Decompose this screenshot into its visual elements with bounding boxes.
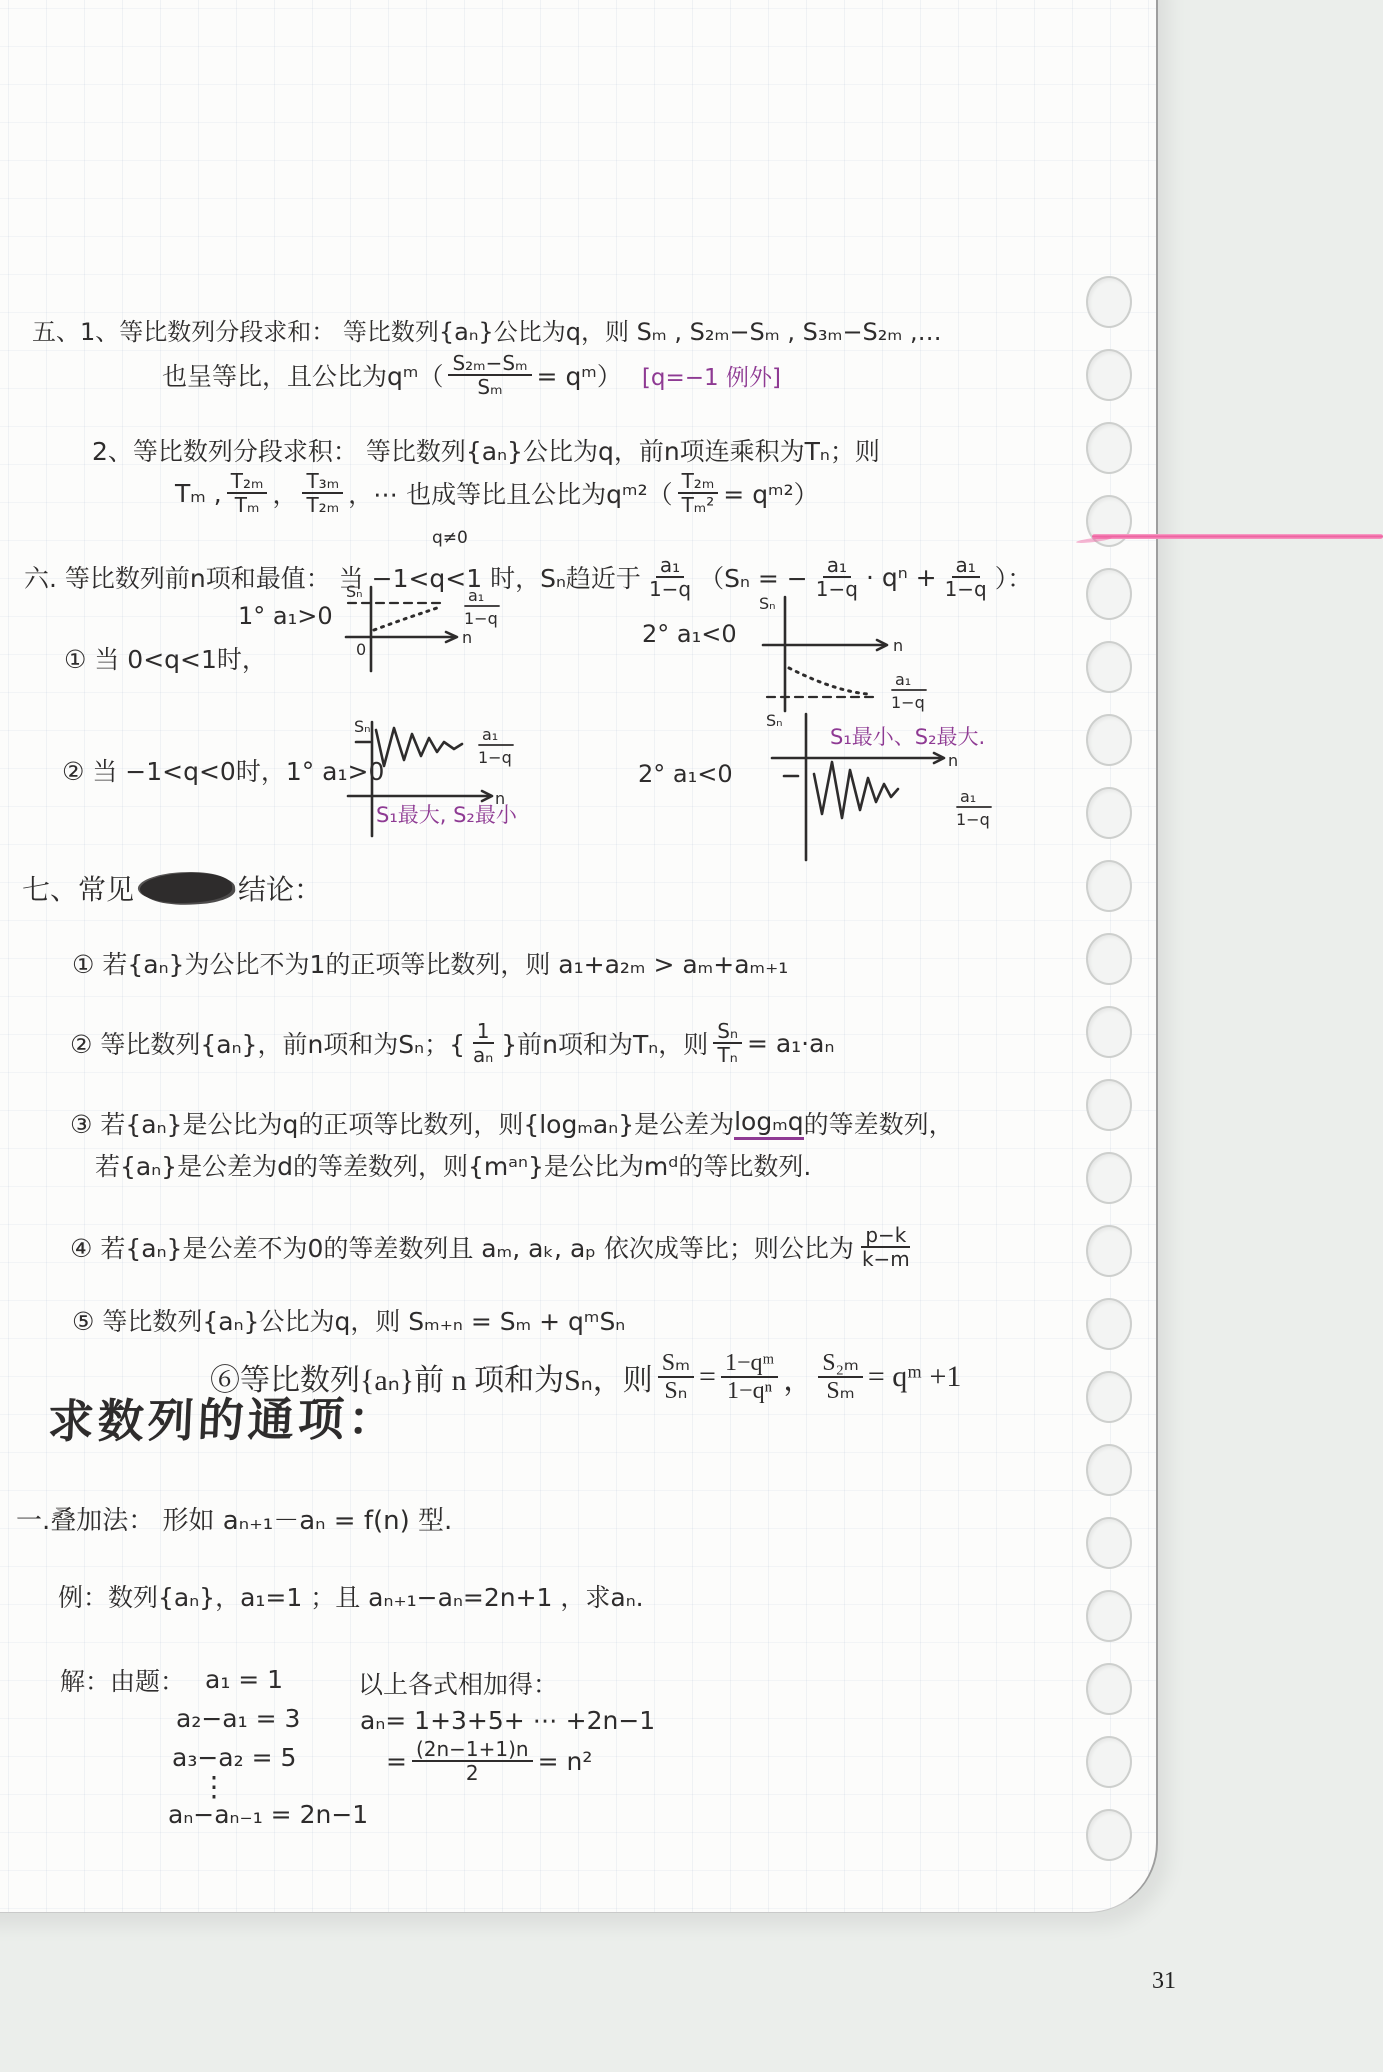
sec5-line4-mid: ，⋯ 也成等比且公比为qᵐ²（ xyxy=(348,475,672,511)
binding-hole xyxy=(1086,1298,1132,1350)
sec8-eq1: a₁ = 1 xyxy=(205,1665,283,1694)
fraction-numerator: T₂ₘ xyxy=(678,470,719,494)
binding-hole xyxy=(1086,641,1132,693)
sec7-item2-pre: ② 等比数列{aₙ}，前n项和为Sₙ；{ xyxy=(70,1025,465,1061)
fraction-1mqm-over-1mqn: 1−qᵐ 1−qⁿ xyxy=(721,1350,778,1405)
binding-hole xyxy=(1086,1371,1132,1423)
sn-axis-label: Sₙ xyxy=(354,717,371,736)
sec5-line3: 2、等比数列分段求积： 等比数列{aₙ}公比为q，前n项连乘积为Tₙ；则 xyxy=(92,432,880,468)
sec6-item2: ② 当 −1<q<0时，1° a₁>0 xyxy=(62,752,384,788)
fraction-t2m-over-tm2: T₂ₘ Tₘ² xyxy=(678,470,719,516)
sec7-item6-post: = qᵐ +1 xyxy=(868,1360,962,1394)
sec7-item1: ① 若{aₙ}为公比不为1的正项等比数列，则 a₁+a₂ₘ > aₘ+aₘ₊₁ xyxy=(72,945,788,981)
binding-hole xyxy=(1086,422,1132,474)
fraction-sn-over-tn: Sₙ Tₙ xyxy=(713,1020,742,1066)
sec7-item2: ② 等比数列{aₙ}，前n项和为Sₙ；{ 1 aₙ }前n项和为Tₙ，则 Sₙ … xyxy=(70,1020,834,1066)
limit-fraction-numerator: a₁ xyxy=(468,586,484,605)
fraction-denominator: 1−qⁿ xyxy=(724,1378,775,1404)
limit-fraction-numerator: a₁ xyxy=(960,787,976,806)
binding-hole xyxy=(1086,933,1132,985)
sec6-head-pre: 六. 等比数列前n项和最值： 当 −1<q<1 时，Sₙ趋近于 xyxy=(24,559,641,595)
sec8-head-text: 一.叠加法： 形如 aₙ₊₁－aₙ = f(n) 型. xyxy=(16,1500,452,1537)
sec7-item5-text: ⑤ 等比数列{aₙ}公比为q，则 Sₘ₊ₙ = Sₘ + qᵐSₙ xyxy=(72,1302,625,1338)
fraction-denominator: T₂ₘ xyxy=(303,494,342,516)
sec7-item3-pre: ③ 若{aₙ}是公比为q的正项等比数列，则{logₘaₙ}是公差为 xyxy=(70,1105,734,1141)
sn-zigzag-converging xyxy=(376,728,462,766)
sec6-head-mid: （Sₙ = − xyxy=(699,559,808,595)
sec8-solution-label: 解：由题： xyxy=(60,1662,185,1698)
sec7-item3-underlined-term: logₘq xyxy=(734,1107,804,1140)
fraction-denominator: Sₘ xyxy=(474,376,505,398)
limit-fraction-numerator: a₁ xyxy=(895,670,911,689)
fraction-numerator: S₂ₘ−Sₘ xyxy=(448,352,531,376)
binding-hole xyxy=(1086,1079,1132,1131)
fraction-numerator: p−k xyxy=(861,1224,910,1248)
sec8-head: 一.叠加法： 形如 aₙ₊₁－aₙ = f(n) 型. xyxy=(16,1500,452,1537)
sec6-item1-text: ① 当 0<q<1时， xyxy=(64,640,267,676)
binding-hole xyxy=(1086,349,1132,401)
graph-q-0to1-a1-negative: Sₙ n a₁ 1−q xyxy=(755,593,970,718)
sec7-head: 七、常见 结论： xyxy=(22,868,322,908)
binding-hole xyxy=(1086,1736,1132,1788)
sn-axis-label: Sₙ xyxy=(346,582,363,601)
sec6-case3-label: 2° a₁<0 xyxy=(638,760,733,788)
sec7-item1-text: ① 若{aₙ}为公比不为1的正项等比数列，则 a₁+a₂ₘ > aₘ+aₘ₊₁ xyxy=(72,945,788,981)
limit-fraction-numerator: a₁ xyxy=(482,725,498,744)
sn-curve-increasing xyxy=(374,607,440,630)
sec8-vdots: ⋮ xyxy=(200,1770,228,1803)
sec6-item1: ① 当 0<q<1时， xyxy=(64,640,267,676)
fraction-denominator: Sₘ xyxy=(823,1378,857,1404)
sn-curve-decreasing xyxy=(789,668,867,694)
sec8-sum-head: 以上各式相加得： xyxy=(358,1665,558,1701)
binding-hole xyxy=(1086,276,1132,328)
fraction-numerator: 1 xyxy=(473,1020,494,1044)
binding-hole xyxy=(1086,714,1132,766)
fraction-denominator: Tₙ xyxy=(715,1044,741,1066)
sec5-line2-post: = qᵐ） xyxy=(537,357,622,393)
fraction-numerator: a₁ xyxy=(952,554,980,578)
sec6-case1-label: 1° a₁>0 xyxy=(238,602,333,630)
sn-axis-label: Sₙ xyxy=(759,594,776,613)
fraction-numerator: Sₘ xyxy=(658,1350,694,1378)
fraction-a1-over-1mq: a₁ 1−q xyxy=(646,554,694,600)
binding-hole xyxy=(1086,787,1132,839)
sec8-example-text: 例：数列{aₙ}，a₁=1 ；且 aₙ₊₁−aₙ=2n+1 ，求aₙ. xyxy=(58,1578,644,1614)
binding-hole xyxy=(1086,1225,1132,1277)
fraction-t2m-over-tm: T₂ₘ Tₘ xyxy=(227,470,268,516)
q-not-zero-note: q≠0 xyxy=(432,528,468,548)
sec7-item4: ④ 若{aₙ}是公差不为0的等差数列且 aₘ, aₖ, aₚ 依次成等比；则公比… xyxy=(70,1224,918,1270)
sec5-line1: 五、1、等比数列分段求和： 等比数列{aₙ}公比为q，则 Sₘ , S₂ₘ−Sₘ… xyxy=(32,312,942,347)
sec5-line1-text: 五、1、等比数列分段求和： 等比数列{aₙ}公比为q，则 Sₘ , S₂ₘ−Sₘ… xyxy=(32,312,942,347)
pink-divider-line xyxy=(1092,534,1383,539)
sec6-purple-note-1: S₁最大, S₂最小 xyxy=(376,799,517,829)
sec7-item6-comma: ， xyxy=(783,1355,813,1399)
fraction-numerator: a₁ xyxy=(656,554,684,578)
fraction-numerator: Sₙ xyxy=(713,1020,742,1044)
binding-hole xyxy=(1086,1590,1132,1642)
sec8-example: 例：数列{aₙ}，a₁=1 ；且 aₙ₊₁−aₙ=2n+1 ，求aₙ. xyxy=(58,1578,644,1614)
fraction-s2m-sm-over-sm: S₂ₘ−Sₘ Sₘ xyxy=(448,352,531,398)
sec8-sum-line1: aₙ= 1+3+5+ ⋯ +2n−1 xyxy=(360,1706,655,1735)
fraction-pk-over-km: p−k k−m xyxy=(859,1224,913,1270)
n-axis-label: n xyxy=(893,636,903,655)
limit-fraction-denominator: 1−q xyxy=(956,810,990,829)
sec7-item3-line2: 若{aₙ}是公差为d的等差数列，则{mᵃⁿ}是公比为mᵈ的等比数列. xyxy=(95,1147,811,1183)
sec8-eq3: a₃−a₂ = 5 xyxy=(172,1743,296,1772)
sec5-line4-tm: Tₘ , xyxy=(175,479,222,508)
fraction-t3m-over-t2m: T₃ₘ T₂ₘ xyxy=(302,470,343,516)
fraction-denominator: Sₙ xyxy=(661,1378,690,1404)
sec5-line2-pre: 也呈等比，且公比为qᵐ（ xyxy=(162,357,443,393)
binding-hole xyxy=(1086,1006,1132,1058)
fraction-1-over-an: 1 aₙ xyxy=(470,1020,496,1066)
sec8-eq4: aₙ−aₙ₋₁ = 2n−1 xyxy=(168,1800,368,1829)
fraction-sum-over-2: (2n−1+1)n 2 xyxy=(412,1738,533,1784)
fraction-numerator: (2n−1+1)n xyxy=(412,1738,533,1762)
sec5-line4-post: = qᵐ²） xyxy=(723,475,818,511)
sec7-head-post: 结论： xyxy=(238,868,322,908)
binding-hole xyxy=(1086,1444,1132,1496)
fraction-denominator: Tₘ xyxy=(232,494,263,516)
sec7-item3-line1: ③ 若{aₙ}是公比为q的正项等比数列，则{logₘaₙ}是公差为 logₘq … xyxy=(70,1105,954,1141)
sec5-line2: 也呈等比，且公比为qᵐ（ S₂ₘ−Sₘ Sₘ = qᵐ） [q=−1 例外] xyxy=(162,352,781,398)
sec5-line4: Tₘ , T₂ₘ Tₘ ， T₃ₘ T₂ₘ ，⋯ 也成等比且公比为qᵐ²（ T₂… xyxy=(175,470,819,516)
fraction-numerator: S₂ₘ xyxy=(818,1350,863,1378)
binding-hole xyxy=(1086,1663,1132,1715)
binding-hole xyxy=(1086,1517,1132,1569)
sec7-item4-pre: ④ 若{aₙ}是公差不为0的等差数列且 aₘ, aₖ, aₚ 依次成等比；则公比… xyxy=(70,1229,854,1265)
binding-hole xyxy=(1086,860,1132,912)
sec6-case2-label: 2° a₁<0 xyxy=(642,620,737,648)
fraction-numerator: T₃ₘ xyxy=(302,470,343,494)
fraction-denominator: 2 xyxy=(463,1762,482,1784)
binding-hole xyxy=(1086,1809,1132,1861)
origin-label: 0 xyxy=(356,640,366,659)
limit-fraction-denominator: 1−q xyxy=(478,748,512,767)
n-axis-label: n xyxy=(948,751,958,770)
fraction-numerator: 1−qᵐ xyxy=(721,1350,778,1378)
sn-axis-label: Sₙ xyxy=(766,711,783,730)
fraction-numerator: a₁ xyxy=(823,554,851,578)
scribbled-out-word xyxy=(139,870,233,906)
sec5-purple-note: [q=−1 例外] xyxy=(642,359,781,392)
sec8-sum-line2: = (2n−1+1)n 2 = n² xyxy=(386,1738,592,1784)
fraction-numerator: T₂ₘ xyxy=(227,470,268,494)
fraction-denominator: 1−q xyxy=(646,578,694,600)
limit-fraction-denominator: 1−q xyxy=(464,609,498,628)
fraction-sm-over-sn: Sₘ Sₙ xyxy=(658,1350,694,1405)
fraction-denominator: k−m xyxy=(859,1248,913,1270)
sec6-purple-note-2: S₁最小、S₂最大. xyxy=(830,721,985,751)
sec7-item3-line2-text: 若{aₙ}是公差为d的等差数列，则{mᵃⁿ}是公比为mᵈ的等比数列. xyxy=(95,1147,811,1183)
sec7-item3-post: 的等差数列， xyxy=(804,1105,954,1141)
sec6-item2-text: ② 当 −1<q<0时，1° a₁>0 xyxy=(62,752,384,788)
sec6-head-post: ）： xyxy=(995,559,1033,595)
sec8-sum-line2-equals: = xyxy=(386,1747,407,1776)
sec7-item6-equals: = xyxy=(699,1360,716,1394)
n-axis-label: n xyxy=(462,628,472,647)
sec8-sum-line2-result: = n² xyxy=(538,1747,593,1776)
sec7-head-pre: 七、常见 xyxy=(22,868,134,908)
sec5-line4-comma: ， xyxy=(272,475,297,511)
sec7-item5: ⑤ 等比数列{aₙ}公比为q，则 Sₘ₊ₙ = Sₘ + qᵐSₙ xyxy=(72,1302,625,1338)
sec8-solution-label-text: 解：由题： xyxy=(60,1662,185,1698)
sec8-eq2: a₂−a₁ = 3 xyxy=(176,1704,300,1733)
fraction-denominator: aₙ xyxy=(470,1044,496,1066)
binding-hole xyxy=(1086,568,1132,620)
sec7-item2-mid: }前n项和为Tₙ，则 xyxy=(501,1025,708,1061)
fraction-denominator: Tₘ² xyxy=(679,494,718,516)
sec5-line3-text: 2、等比数列分段求积： 等比数列{aₙ}公比为q，前n项连乘积为Tₙ；则 xyxy=(92,432,880,468)
sec6-head-dot: · qⁿ + xyxy=(866,563,937,592)
fraction-s2m-over-sm: S₂ₘ Sₘ xyxy=(818,1350,863,1405)
sec7-item2-post: = a₁·aₙ xyxy=(747,1029,834,1058)
page-number: 31 xyxy=(1152,1968,1176,1995)
section-heading-general-term: 求数列的通项： xyxy=(46,1382,399,1451)
graph-q-0to1-a1-positive: Sₙ 0 n a₁ 1−q xyxy=(338,583,538,678)
binding-hole xyxy=(1086,1152,1132,1204)
sn-zigzag-converging xyxy=(814,762,898,818)
